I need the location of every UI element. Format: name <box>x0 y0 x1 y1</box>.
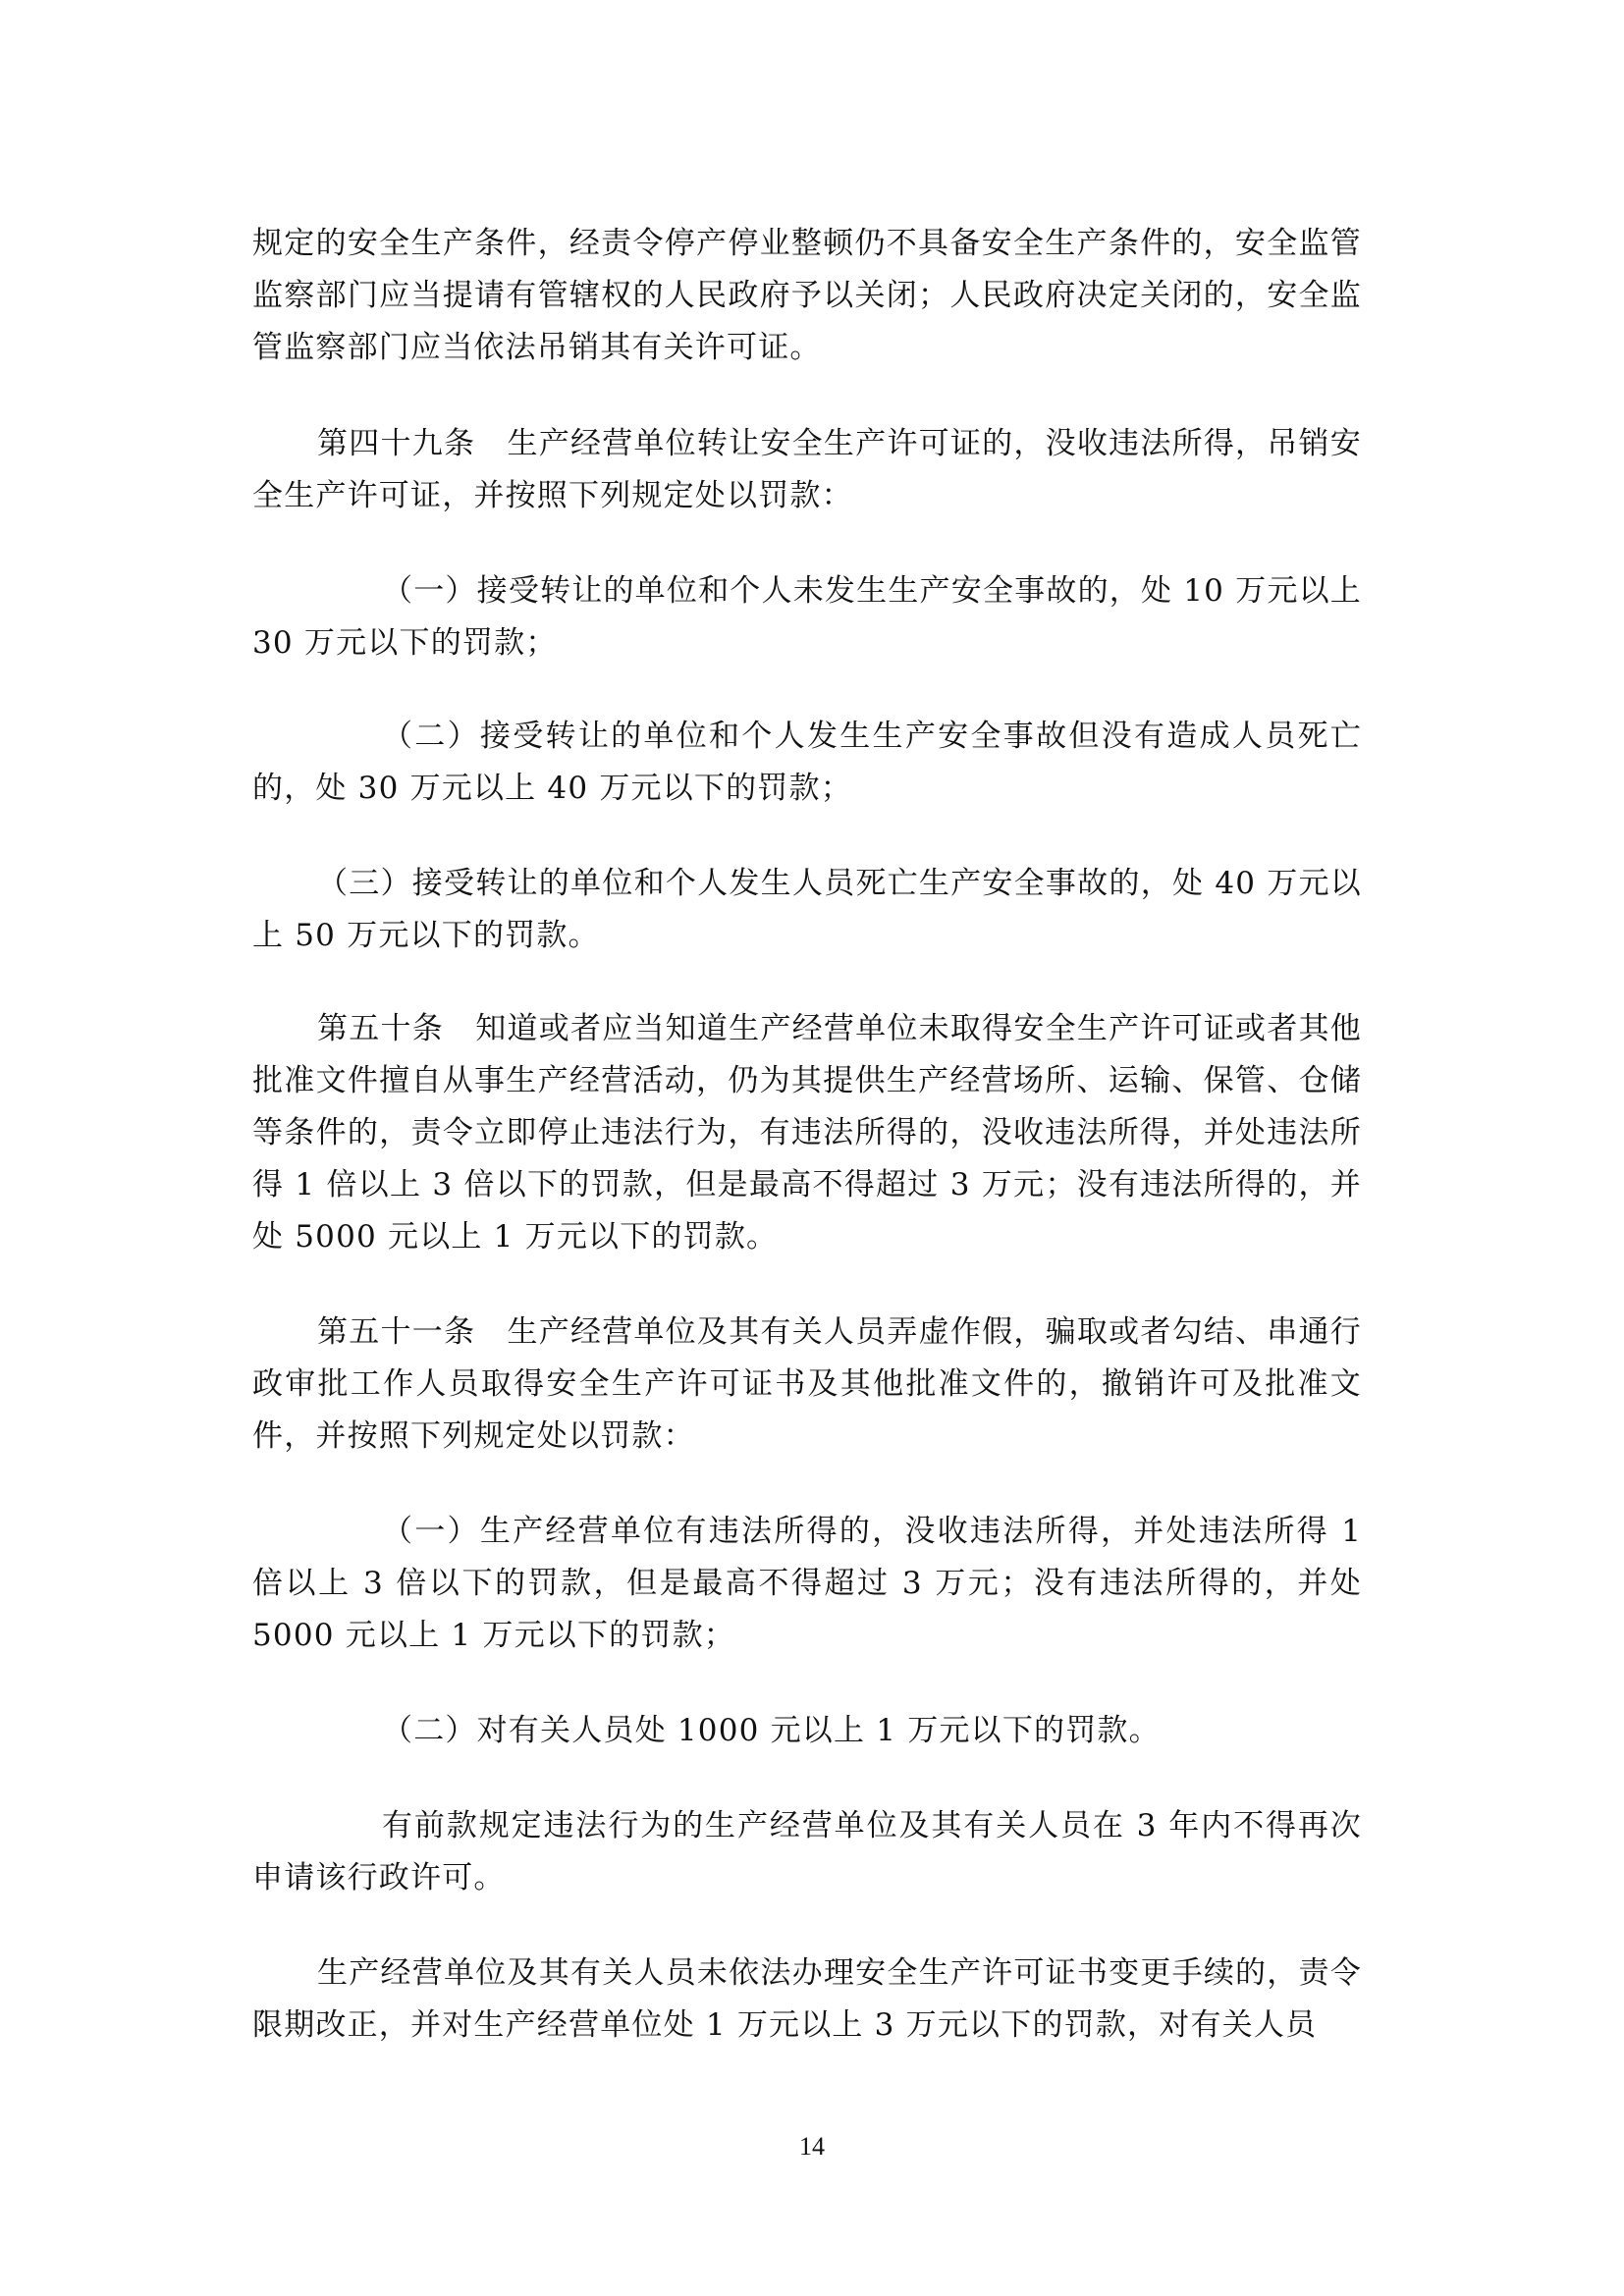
paragraph-article-49-item-1: （一）接受转让的单位和个人未发生生产安全事故的，处 10 万元以上 30 万元以… <box>252 565 1362 669</box>
paragraph-article-51-item-1: （一）生产经营单位有违法所得的，没收违法所得，并处违法所得 1 倍以上 3 倍以… <box>252 1506 1362 1662</box>
paragraph-article-50: 第五十条 知道或者应当知道生产经营单位未取得安全生产许可证或者其他批准文件擅自从… <box>252 1003 1362 1263</box>
paragraph-article-51: 第五十一条 生产经营单位及其有关人员弄虚作假，骗取或者勾结、串通行政审批工作人员… <box>252 1307 1362 1463</box>
paragraph-article-51-ban: 有前款规定违法行为的生产经营单位及其有关人员在 3 年内不得再次申请该行政许可。 <box>252 1800 1362 1904</box>
paragraph-article-49: 第四十九条 生产经营单位转让安全生产许可证的，没收违法所得，吊销安全生产许可证，… <box>252 418 1362 522</box>
paragraph-article-51-change-procedure: 生产经营单位及其有关人员未依法办理安全生产许可证书变更手续的，责令限期改正，并对… <box>252 1948 1362 2052</box>
page-number: 14 <box>0 2132 1624 2162</box>
paragraph-article-49-item-3: （三）接受转让的单位和个人发生人员死亡生产安全事故的，处 40 万元以上 50 … <box>252 858 1362 962</box>
paragraph-article-49-item-2: （二）接受转让的单位和个人发生生产安全事故但没有造成人员死亡的，处 30 万元以… <box>252 711 1362 815</box>
paragraph-article-51-item-2: （二）对有关人员处 1000 元以上 1 万元以下的罚款。 <box>252 1705 1362 1757</box>
paragraph-article-48-continuation: 规定的安全生产条件，经责令停产停业整顿仍不具备安全生产条件的，安全监管监察部门应… <box>252 218 1362 374</box>
document-page: 规定的安全生产条件，经责令停产停业整顿仍不具备安全生产条件的，安全监管监察部门应… <box>0 0 1624 2296</box>
